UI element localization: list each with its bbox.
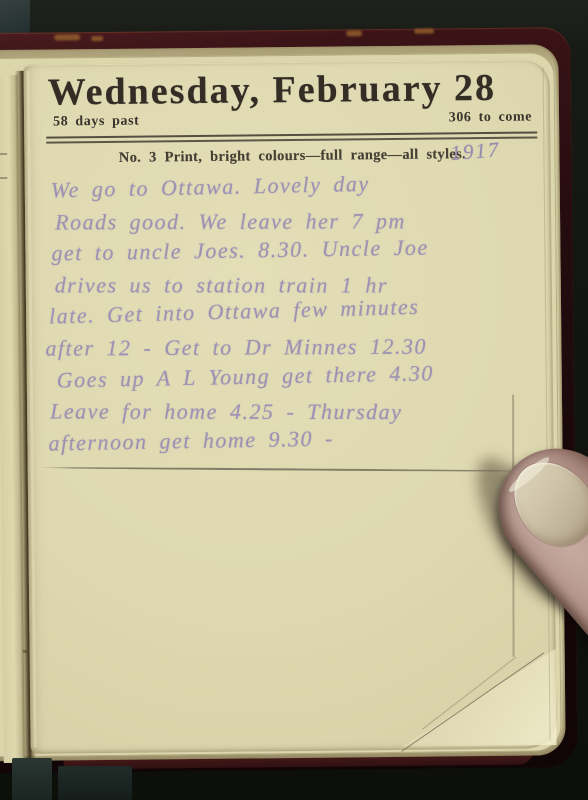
folded-corner	[397, 635, 556, 749]
cover-wear-spot	[91, 36, 103, 41]
diary-entry: We go to Ottawa. Lovely day Roads good. …	[25, 169, 554, 459]
year-annotation: 1917	[449, 137, 501, 166]
cover-wear-spot	[346, 30, 362, 36]
page-title: Wednesday, February 28	[48, 66, 497, 115]
cover-wear-spot	[414, 29, 434, 34]
cover-wear-spot	[54, 34, 80, 40]
handwritten-line: We go to Ottawa. Lovely day	[50, 164, 551, 206]
photo-scene: Wednesday, February 28 58 days past 306 …	[0, 0, 588, 800]
diary-page: Wednesday, February 28 58 days past 306 …	[23, 59, 556, 753]
facing-page-print-mark	[0, 153, 7, 155]
facing-page-print-mark	[0, 177, 8, 179]
table-surface-bottom-left	[12, 758, 52, 800]
table-surface-bottom-left	[58, 766, 132, 800]
pencil-underline	[40, 467, 534, 472]
diary-book: Wednesday, February 28 58 days past 306 …	[0, 0, 588, 800]
days-past-label: 58 days past	[53, 114, 140, 131]
handwritten-line: get to uncle Joes. 8.30. Uncle Joe	[51, 230, 551, 269]
days-to-come-label: 306 to come	[449, 109, 533, 126]
